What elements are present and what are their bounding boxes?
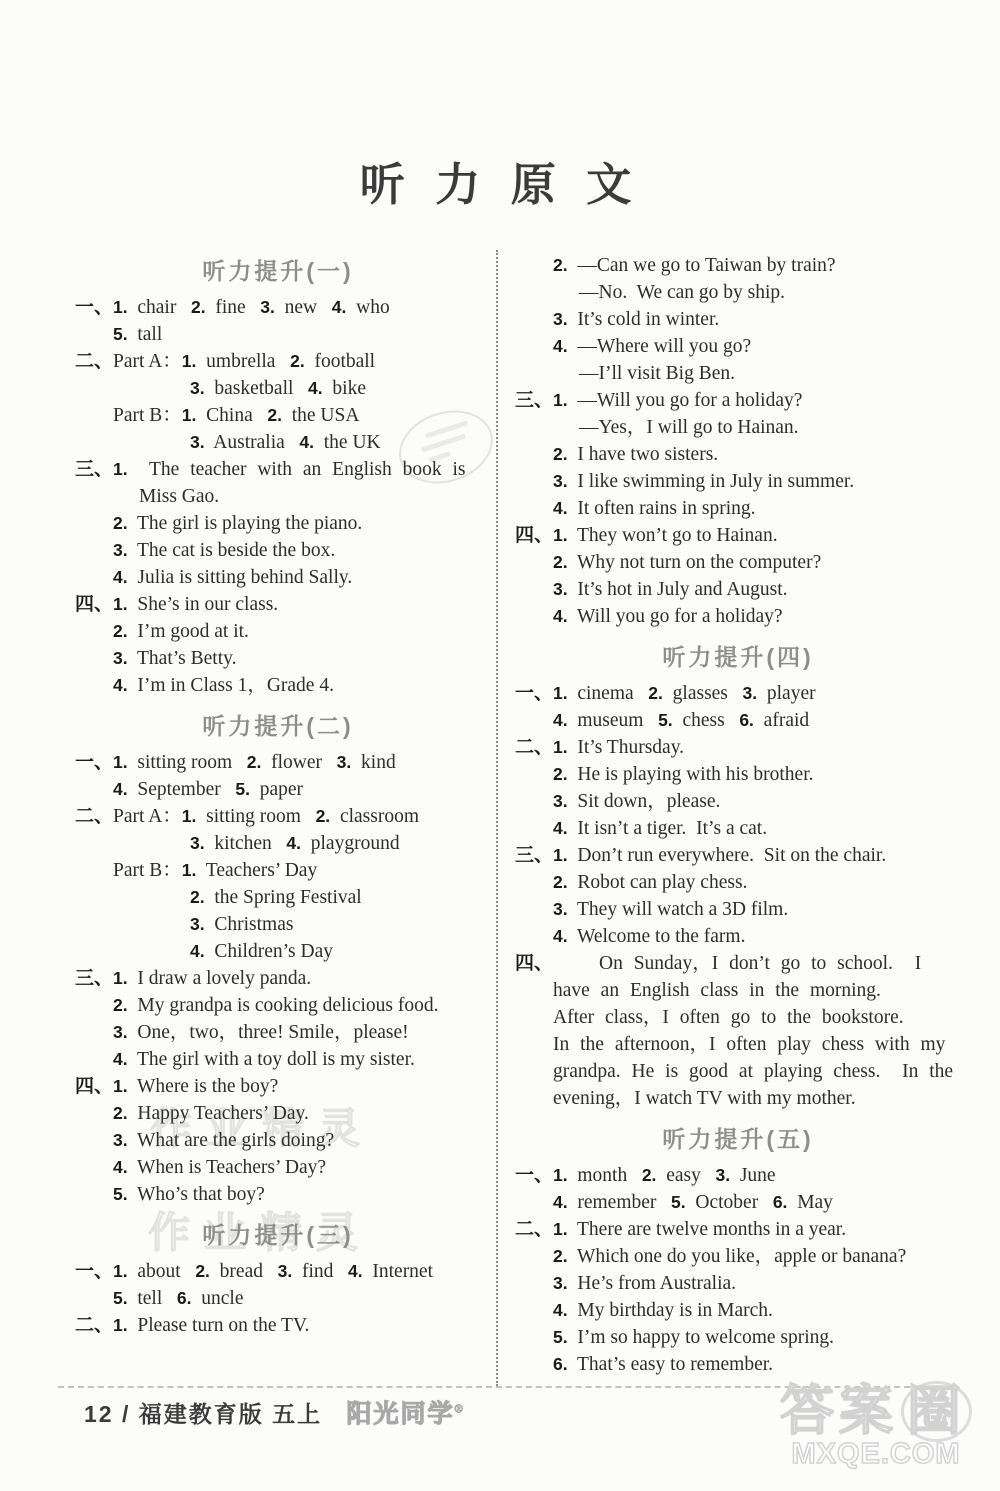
item-number: 5.	[113, 1288, 128, 1308]
transcript-line: 2. I’m good at it.	[75, 618, 481, 645]
transcript-line: —Yes，I will go to Hainan.	[515, 414, 961, 441]
section-marker: 三、	[515, 842, 553, 869]
item-number: 2.	[553, 444, 568, 464]
text-run: football	[305, 351, 375, 372]
item-number: 2.	[113, 1103, 128, 1123]
item-number: 3.	[190, 432, 205, 452]
item-number: 1.	[113, 594, 128, 614]
transcript-line: 3. What are the girls doing?	[75, 1127, 481, 1154]
item-number: 2.	[113, 621, 128, 641]
text-run: My birthday is in March.	[568, 1300, 773, 1321]
transcript-section: 听力提升(一)一、1. chair 2. fine 3. new 4. who5…	[75, 254, 481, 699]
text-run: easy	[656, 1165, 715, 1186]
text-run: Julia is sitting behind Sally.	[128, 567, 353, 588]
item-number: 5.	[671, 1192, 686, 1212]
text-run: about	[128, 1261, 196, 1282]
item-number: 1.	[553, 845, 568, 865]
item-number: 1.	[553, 1165, 568, 1185]
transcript-line: 2. Why not turn on the computer?	[515, 549, 961, 576]
item-number: 6.	[177, 1288, 192, 1308]
transcript-line: 4. —Where will you go?	[515, 333, 961, 360]
text-run: basketball	[205, 378, 308, 399]
text-run: What are the girls doing?	[128, 1130, 335, 1151]
item-number: 5.	[553, 1327, 568, 1347]
transcript-line: —No. We can go by ship.	[515, 279, 961, 306]
item-number: 3.	[553, 899, 568, 919]
transcript-line: 5. tell 6. uncle	[75, 1285, 481, 1312]
item-number: 2.	[290, 351, 305, 371]
text-run: It’s hot in July and August.	[568, 579, 788, 600]
text-run: uncle	[192, 1288, 244, 1309]
text-run: My grandpa is cooking delicious food.	[128, 995, 439, 1016]
transcript-line: In the afternoon，I often play chess with…	[515, 1031, 961, 1058]
text-run: There are twelve months in a year.	[568, 1219, 847, 1240]
item-number: 4.	[113, 1049, 128, 1069]
text-run: chess	[673, 710, 740, 731]
item-number: 6.	[739, 710, 754, 730]
text-run: tall	[128, 324, 163, 345]
transcript-line: 2. Robot can play chess.	[515, 869, 961, 896]
item-number: 2.	[113, 513, 128, 533]
section-marker: 二、	[75, 1312, 113, 1339]
item-number: 5.	[235, 779, 250, 799]
item-number: 4.	[308, 378, 323, 398]
transcript-line: 6. That’s easy to remember.	[515, 1351, 961, 1378]
text-run: They won’t go to Hainan.	[568, 525, 778, 546]
transcript-line: 3. It’s cold in winter.	[515, 306, 961, 333]
text-run: It’s Thursday.	[568, 737, 684, 758]
text-run: playground	[301, 833, 400, 854]
transcript-line: Miss Gao.	[75, 483, 481, 510]
text-run: —Can we go to Taiwan by train?	[568, 255, 836, 276]
item-number: 4.	[553, 1300, 568, 1320]
text-run: Internet	[363, 1261, 433, 1282]
text-run: It’s cold in winter.	[568, 309, 720, 330]
text-run: The girl is playing the piano.	[128, 513, 363, 534]
transcript-line: 二、Part A：1. sitting room 2. classroom	[75, 803, 481, 830]
text-run: After class，I often go to the bookstore.	[553, 1007, 904, 1028]
transcript-line: 3. It’s hot in July and August.	[515, 576, 961, 603]
item-number: 3.	[113, 1130, 128, 1150]
transcript-section: 听力提升(三)一、1. about 2. bread 3. find 4. In…	[75, 1218, 481, 1339]
text-run: who	[346, 297, 389, 318]
item-number: 3.	[190, 378, 205, 398]
section-marker: 一、	[75, 1258, 113, 1285]
transcript-line: 三、1. The teacher with an English book is	[75, 456, 481, 483]
text-run: Christmas	[205, 914, 294, 935]
text-run: That’s easy to remember.	[568, 1354, 773, 1375]
corner-watermark-title: 答案圈	[780, 1381, 972, 1442]
item-number: 4.	[553, 498, 568, 518]
transcript-section: 听力提升(二)一、1. sitting room 2. flower 3. ki…	[75, 709, 481, 1208]
text-run: I draw a lovely panda.	[128, 968, 312, 989]
item-number: 1.	[113, 297, 128, 317]
text-run: He’s from Australia.	[568, 1273, 736, 1294]
transcript-line: 2. I have two sisters.	[515, 441, 961, 468]
section-marker: 一、	[515, 680, 553, 707]
item-number: 3.	[113, 540, 128, 560]
text-run: Part B：	[113, 860, 182, 881]
text-run: China	[196, 405, 267, 426]
text-run: It isn’t a tiger. It’s a cat.	[568, 818, 767, 839]
transcript-line: After class，I often go to the bookstore.	[515, 1004, 961, 1031]
text-run: Children’s Day	[205, 941, 333, 962]
item-number: 2.	[553, 1246, 568, 1266]
transcript-line: 二、Part A：1. umbrella 2. football	[75, 348, 481, 375]
text-run: Happy Teachers’ Day.	[128, 1103, 309, 1124]
item-number: 4.	[553, 926, 568, 946]
item-number: 5.	[113, 324, 128, 344]
text-run: September	[128, 779, 236, 800]
text-run: Teachers’ Day	[196, 860, 317, 881]
item-number: 5.	[658, 710, 673, 730]
item-number: 4.	[113, 567, 128, 587]
item-number: 2.	[553, 552, 568, 572]
section-marker: 一、	[515, 1162, 553, 1189]
section-heading: 听力提升(三)	[75, 1218, 481, 1252]
text-run: Will you go for a holiday?	[568, 606, 783, 627]
item-number: 1.	[113, 1315, 128, 1335]
transcript-line: 四、1. They won’t go to Hainan.	[515, 522, 961, 549]
transcript-line: 5. Who’s that boy?	[75, 1181, 481, 1208]
text-run: One，two，three! Smile，please!	[128, 1022, 409, 1043]
item-number: 4.	[553, 336, 568, 356]
text-run: Part B：	[113, 405, 182, 426]
text-run: new	[275, 297, 332, 318]
text-run: They will watch a 3D film.	[568, 899, 789, 920]
text-run: —No. We can go by ship.	[579, 282, 785, 303]
transcript-line: 4. I’m in Class 1，Grade 4.	[75, 672, 481, 699]
item-number: 1.	[182, 860, 197, 880]
section-marker: 二、	[515, 734, 553, 761]
text-run: the Spring Festival	[205, 887, 362, 908]
text-run: museum	[568, 710, 658, 731]
text-run: She’s in our class.	[128, 594, 279, 615]
item-number: 4.	[190, 941, 205, 961]
transcript-line: 5. tall	[75, 321, 481, 348]
text-run: kind	[351, 752, 395, 773]
item-number: 1.	[553, 1219, 568, 1239]
item-number: 4.	[553, 606, 568, 626]
text-run: chair	[128, 297, 191, 318]
item-number: 2.	[267, 405, 282, 425]
item-number: 4.	[113, 675, 128, 695]
text-run: sitting room	[128, 752, 247, 773]
text-run: May	[787, 1192, 833, 1213]
corner-watermark-url: MXQE.COM	[780, 1440, 972, 1470]
text-run: afraid	[754, 710, 809, 731]
transcript-line: 3. Sit down，please.	[515, 788, 961, 815]
section-heading: 听力提升(一)	[75, 254, 481, 288]
transcript-line: 3. basketball 4. bike	[75, 375, 481, 402]
transcript-line: 2. the Spring Festival	[75, 884, 481, 911]
item-number: 1.	[182, 351, 197, 371]
item-number: 2.	[648, 683, 663, 703]
text-run: Part A：	[113, 351, 182, 372]
text-run: I’m in Class 1，Grade 4.	[128, 675, 334, 696]
item-number: 3.	[553, 309, 568, 329]
transcript-line: 四、1. Where is the boy?	[75, 1073, 481, 1100]
item-number: 3.	[553, 471, 568, 491]
transcript-line: 四、1. She’s in our class.	[75, 591, 481, 618]
transcript-line: 3. He’s from Australia.	[515, 1270, 961, 1297]
transcript-line: 2. —Can we go to Taiwan by train?	[515, 252, 961, 279]
section-marker: 四、	[515, 522, 553, 549]
transcript-line: 4. My birthday is in March.	[515, 1297, 961, 1324]
transcript-line: 一、1. sitting room 2. flower 3. kind	[75, 749, 481, 776]
transcript-line: 三、1. —Will you go for a holiday?	[515, 387, 961, 414]
item-number: 3.	[190, 833, 205, 853]
item-number: 4.	[553, 1192, 568, 1212]
text-run: the USA	[282, 405, 359, 426]
text-run: When is Teachers’ Day?	[128, 1157, 326, 1178]
section-marker: 二、	[75, 348, 113, 375]
transcript-line: Part B：1. Teachers’ Day	[75, 857, 481, 884]
text-run: Robot can play chess.	[568, 872, 748, 893]
item-number: 2.	[113, 995, 128, 1015]
transcript-line: 2. My grandpa is cooking delicious food.	[75, 992, 481, 1019]
transcript-section: 2. —Can we go to Taiwan by train?—No. We…	[515, 252, 961, 630]
item-number: 4.	[348, 1261, 363, 1281]
transcript-line: 4. Children’s Day	[75, 938, 481, 965]
section-marker: 三、	[75, 456, 113, 483]
text-run: —Will you go for a holiday?	[568, 390, 803, 411]
text-run: In the afternoon，I often play chess with…	[553, 1034, 945, 1055]
item-number: 3.	[278, 1261, 293, 1281]
transcript-line: 4. remember 5. October 6. May	[515, 1189, 961, 1216]
item-number: 1.	[113, 968, 128, 988]
item-number: 2.	[247, 752, 262, 772]
item-number: 4.	[113, 1157, 128, 1177]
text-run: Miss Gao.	[139, 486, 219, 507]
transcript-line: 5. I’m so happy to welcome spring.	[515, 1324, 961, 1351]
text-run: —Yes，I will go to Hainan.	[579, 417, 799, 438]
text-run: evening，I watch TV with my mother.	[553, 1088, 856, 1109]
transcript-line: 二、1. It’s Thursday.	[515, 734, 961, 761]
transcript-line: 一、1. chair 2. fine 3. new 4. who	[75, 294, 481, 321]
section-marker: 三、	[75, 965, 113, 992]
item-number: 3.	[337, 752, 352, 772]
item-number: 2.	[553, 255, 568, 275]
section-marker: 四、	[75, 1073, 113, 1100]
item-number: 3.	[190, 914, 205, 934]
item-number: 1.	[113, 459, 128, 479]
text-run: the UK	[314, 432, 381, 453]
text-run: month	[568, 1165, 642, 1186]
text-run: I have two sisters.	[568, 444, 719, 465]
transcript-line: 4. When is Teachers’ Day?	[75, 1154, 481, 1181]
item-number: 3.	[553, 791, 568, 811]
item-number: 6.	[773, 1192, 788, 1212]
transcript-section: 听力提升(五)一、1. month 2. easy 3. June4. reme…	[515, 1122, 961, 1378]
section-heading: 听力提升(五)	[515, 1122, 961, 1156]
item-number: 1.	[182, 806, 197, 826]
column-right: 2. —Can we go to Taiwan by train?—No. We…	[515, 252, 961, 1378]
text-run: find	[292, 1261, 348, 1282]
text-run: grandpa. He is good at playing chess. In…	[553, 1061, 953, 1082]
item-number: 1.	[553, 683, 568, 703]
transcript-line: 一、1. month 2. easy 3. June	[515, 1162, 961, 1189]
item-number: 1.	[553, 737, 568, 757]
item-number: 3.	[743, 683, 758, 703]
page-title: 听 力 原 文	[0, 148, 1000, 213]
item-number: 3.	[553, 579, 568, 599]
text-run: Who’s that boy?	[128, 1184, 265, 1205]
item-number: 3.	[113, 1022, 128, 1042]
text-run: It often rains in spring.	[568, 498, 756, 519]
transcript-line: grandpa. He is good at playing chess. In…	[515, 1058, 961, 1085]
transcript-line: evening，I watch TV with my mother.	[515, 1085, 961, 1112]
text-run: I like swimming in July in summer.	[568, 471, 855, 492]
item-number: 4.	[286, 833, 301, 853]
item-number: 2.	[553, 872, 568, 892]
transcript-line: 二、1. Please turn on the TV.	[75, 1312, 481, 1339]
transcript-line: 3. Australia 4. the UK	[75, 429, 481, 456]
text-run: Part A：	[113, 806, 182, 827]
item-number: 2.	[191, 297, 206, 317]
text-run: The cat is beside the box.	[128, 540, 336, 561]
corner-watermark: 答案圈 MXQE.COM	[780, 1381, 972, 1470]
text-run: Sit down，please.	[568, 791, 721, 812]
section-marker: 四、	[75, 591, 113, 618]
section-marker: 二、	[515, 1216, 553, 1243]
text-run: flower	[261, 752, 336, 773]
text-run: June	[730, 1165, 776, 1186]
transcript-line: 3. Christmas	[75, 911, 481, 938]
item-number: 4.	[332, 297, 347, 317]
text-run: bread	[210, 1261, 278, 1282]
transcript-line: 3. They will watch a 3D film.	[515, 896, 961, 923]
transcript-line: 4. Julia is sitting behind Sally.	[75, 564, 481, 591]
transcript-line: have an English class in the morning.	[515, 977, 961, 1004]
item-number: 6.	[553, 1354, 568, 1374]
transcript-line: 三、1. Don’t run everywhere. Sit on the ch…	[515, 842, 961, 869]
text-run: Welcome to the farm.	[568, 926, 746, 947]
text-run: tell	[128, 1288, 177, 1309]
item-number: 1.	[553, 525, 568, 545]
text-run: classroom	[330, 806, 419, 827]
item-number: 2.	[190, 887, 205, 907]
circled-char: 圈	[901, 1381, 972, 1442]
item-number: 1.	[113, 1261, 128, 1281]
section-marker: 三、	[515, 387, 553, 414]
text-run: glasses	[663, 683, 743, 704]
transcript-line: 2. He is playing with his brother.	[515, 761, 961, 788]
transcript-section: 听力提升(四)一、1. cinema 2. glasses 3. player4…	[515, 640, 961, 1112]
item-number: 4.	[299, 432, 314, 452]
transcript-line: 4. It isn’t a tiger. It’s a cat.	[515, 815, 961, 842]
item-number: 2.	[195, 1261, 210, 1281]
item-number: 1.	[182, 405, 197, 425]
footer: 12 / 福建教育版 五上 阳光同学®	[84, 1394, 465, 1430]
item-number: 3.	[715, 1165, 730, 1185]
section-heading: 听力提升(四)	[515, 640, 961, 674]
item-number: 3.	[113, 648, 128, 668]
text-run: player	[757, 683, 815, 704]
transcript-line: 4. Welcome to the farm.	[515, 923, 961, 950]
text-run: bike	[323, 378, 366, 399]
text-run: I’m good at it.	[128, 621, 249, 642]
text-run: fine	[206, 297, 261, 318]
item-number: 1.	[553, 390, 568, 410]
text-run: The teacher with an English book is	[128, 459, 466, 480]
footer-page-info: 12 / 福建教育版 五上	[84, 1401, 322, 1427]
item-number: 3.	[260, 297, 275, 317]
transcript-line: 4. September 5. paper	[75, 776, 481, 803]
item-number: 4.	[113, 779, 128, 799]
transcript-line: 3. One，two，three! Smile，please!	[75, 1019, 481, 1046]
text-run: On Sunday，I don’t go to school. I	[599, 953, 921, 974]
section-marker: 一、	[75, 294, 113, 321]
item-number: 2.	[316, 806, 331, 826]
transcript-line: —I’ll visit Big Ben.	[515, 360, 961, 387]
text-run: Don’t run everywhere. Sit on the chair.	[568, 845, 887, 866]
text-run: umbrella	[196, 351, 290, 372]
item-number: 1.	[113, 1076, 128, 1096]
section-heading: 听力提升(二)	[75, 709, 481, 743]
transcript-line: 三、1. I draw a lovely panda.	[75, 965, 481, 992]
registered-mark: ®	[455, 1404, 465, 1416]
section-marker: 二、	[75, 803, 113, 830]
item-number: 3.	[553, 1273, 568, 1293]
item-number: 5.	[113, 1184, 128, 1204]
transcript-line: 四、On Sunday，I don’t go to school. I	[515, 950, 961, 977]
text-run: cinema	[568, 683, 649, 704]
transcript-line: 4. It often rains in spring.	[515, 495, 961, 522]
transcript-line: 3. That’s Betty.	[75, 645, 481, 672]
text-run: kitchen	[205, 833, 287, 854]
transcript-line: 3. I like swimming in July in summer.	[515, 468, 961, 495]
transcript-line: 4. museum 5. chess 6. afraid	[515, 707, 961, 734]
column-left: 听力提升(一)一、1. chair 2. fine 3. new 4. who5…	[75, 252, 481, 1339]
item-number: 2.	[553, 764, 568, 784]
item-number: 1.	[113, 752, 128, 772]
transcript-line: 一、1. about 2. bread 3. find 4. Internet	[75, 1258, 481, 1285]
item-number: 4.	[553, 710, 568, 730]
text-run: Please turn on the TV.	[128, 1315, 310, 1336]
text-run: sitting room	[196, 806, 315, 827]
transcript-line: 2. Which one do you like，apple or banana…	[515, 1243, 961, 1270]
text-run: remember	[568, 1192, 671, 1213]
text-run: He is playing with his brother.	[568, 764, 814, 785]
text-run: Which one do you like，apple or banana?	[568, 1246, 907, 1267]
text-run: paper	[250, 779, 303, 800]
text-run: have an English class in the morning.	[553, 980, 881, 1001]
transcript-line: Part B：1. China 2. the USA	[75, 402, 481, 429]
text-run: That’s Betty.	[128, 648, 237, 669]
page: 听 力 原 文 作业精灵 作业精灵 听力提升(一)一、1. chair 2. f…	[0, 0, 1000, 1491]
text-run: —Where will you go?	[568, 336, 752, 357]
transcript-line: 3. kitchen 4. playground	[75, 830, 481, 857]
section-marker: 一、	[75, 749, 113, 776]
text-run: Why not turn on the computer?	[568, 552, 822, 573]
item-number: 2.	[642, 1165, 657, 1185]
transcript-line: 4. The girl with a toy doll is my sister…	[75, 1046, 481, 1073]
transcript-line: 2. Happy Teachers’ Day.	[75, 1100, 481, 1127]
text-run: The girl with a toy doll is my sister.	[128, 1049, 415, 1070]
text-run: Where is the boy?	[128, 1076, 279, 1097]
transcript-line: 2. The girl is playing the piano.	[75, 510, 481, 537]
text-run: —I’ll visit Big Ben.	[579, 363, 735, 384]
column-divider	[496, 250, 498, 1386]
transcript-line: 3. The cat is beside the box.	[75, 537, 481, 564]
section-marker: 四、	[515, 950, 553, 977]
text-run: I’m so happy to welcome spring.	[568, 1327, 834, 1348]
transcript-line: 4. Will you go for a holiday?	[515, 603, 961, 630]
item-number: 4.	[553, 818, 568, 838]
text-run: October	[686, 1192, 773, 1213]
publisher-logo: 阳光同学®	[347, 1394, 465, 1430]
